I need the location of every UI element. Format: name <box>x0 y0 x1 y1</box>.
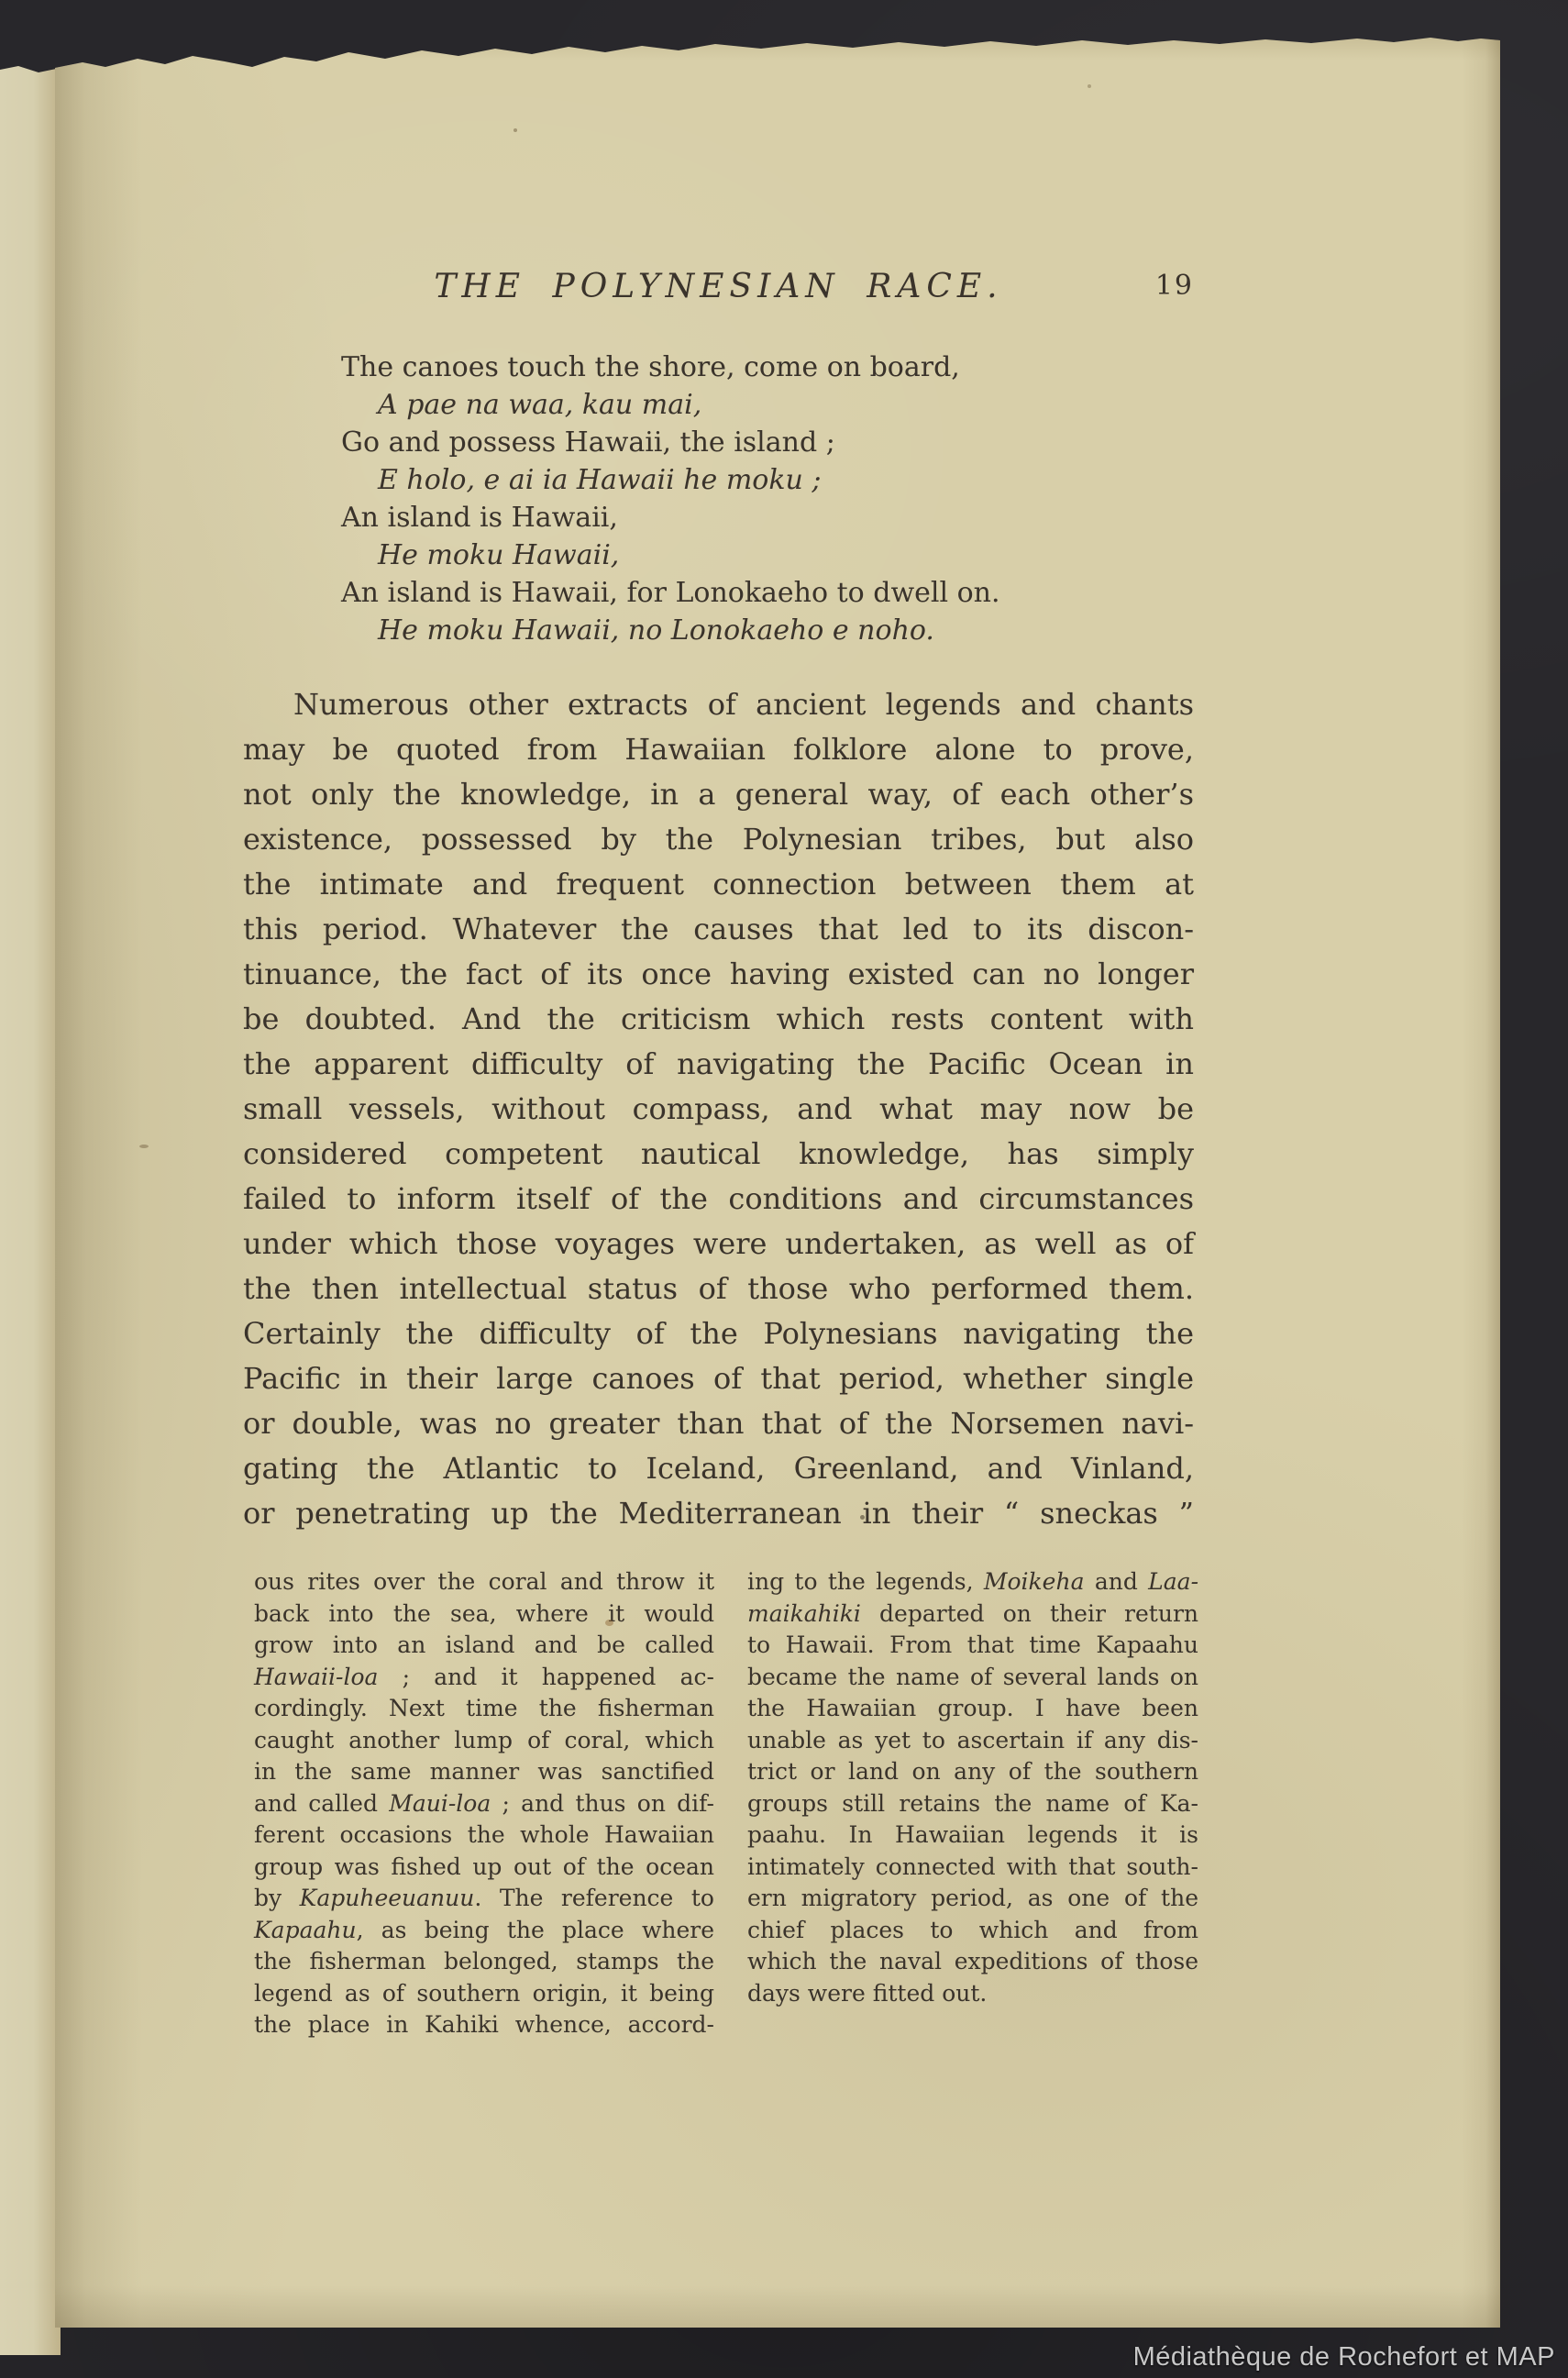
page-number: 19 <box>1155 268 1194 304</box>
poem-line: An island is Hawaii, <box>243 499 1194 536</box>
paragraph-line: the intimate and frequent connection bet… <box>243 862 1194 907</box>
paragraph-line: or penetrating up the Mediterranean in t… <box>243 1491 1194 1536</box>
footnote-line: and called Maui-loa ; and thus on dif- <box>254 1788 714 1820</box>
footnote-line: the Hawaiian group. I have been <box>747 1693 1198 1725</box>
page-header: THE POLYNESIAN RACE. 19 <box>243 266 1194 308</box>
paper-speck <box>139 1145 149 1148</box>
watermark-text: Médiathèque de Rochefort et MAP <box>1133 2342 1555 2372</box>
paragraph-line: not only the knowledge, in a general way… <box>243 772 1194 817</box>
footnote-line: became the name of several lands on <box>747 1662 1198 1694</box>
footnote-line: Kapaahu, as being the place where <box>254 1915 714 1947</box>
paragraph-line: be doubted. And the criticism which rest… <box>243 997 1194 1042</box>
footnote-line: caught another lump of coral, which <box>254 1725 714 1757</box>
footnote-line: in the same manner was sanctified <box>254 1756 714 1788</box>
paragraph-line: this period. Whatever the causes that le… <box>243 907 1194 952</box>
paragraph-line: or double, was no greater than that of t… <box>243 1401 1194 1446</box>
paragraph-line: the apparent difficulty of navigating th… <box>243 1042 1194 1087</box>
footnote-line: trict or land on any of the southern <box>747 1756 1198 1788</box>
footnote-line: paahu. In Hawaiian legends it is <box>747 1819 1198 1852</box>
footnote-line: intimately connected with that south- <box>747 1852 1198 1884</box>
footnote-col-right: ing to the legends, Moikeha and Laa-maik… <box>747 1566 1198 2009</box>
footnote-line: the place in Kahiki whence, accord- <box>254 2009 714 2041</box>
poem-line: He moku Hawaii, no Lonokaeho e noho. <box>243 612 1194 649</box>
paragraph-line: Numerous other extracts of ancient legen… <box>243 682 1194 727</box>
poem-line: An island is Hawaii, for Lonokaeho to dw… <box>243 574 1194 612</box>
footnote-line: ferent occasions the whole Hawaiian <box>254 1819 714 1852</box>
paragraph-block: Numerous other extracts of ancient legen… <box>243 682 1194 1536</box>
paragraph-line: Certainly the difficulty of the Polynesi… <box>243 1311 1194 1356</box>
footnote-line: the fisherman belonged, stamps the <box>254 1946 714 1978</box>
footnote-line: ous rites over the coral and throw it <box>254 1566 714 1598</box>
running-title: THE POLYNESIAN RACE. <box>243 266 1194 308</box>
poem-block: The canoes touch the shore, come on boar… <box>243 348 1194 649</box>
poem-line: He moku Hawaii, <box>243 536 1194 574</box>
poem-line: E holo, e ai ia Hawaii he moku ; <box>243 461 1194 499</box>
footnote-col-left: ous rites over the coral and throw itbac… <box>254 1566 714 2041</box>
paragraph-line: small vessels, without compass, and what… <box>243 1087 1194 1132</box>
paper-speck <box>1088 84 1091 88</box>
footnote-line: group was fished up out of the ocean <box>254 1852 714 1884</box>
footnote-line: legend as of southern origin, it being <box>254 1978 714 2010</box>
book-pages-edge <box>0 64 61 2355</box>
footnote-line: chief places to which and from <box>747 1915 1198 1947</box>
poem-line: Go and possess Hawaii, the island ; <box>243 424 1194 461</box>
paragraph-line: considered competent nautical knowledge,… <box>243 1132 1194 1177</box>
poem-line: A pae na waa, kau mai, <box>243 386 1194 424</box>
paragraph-line: may be quoted from Hawaiian folklore alo… <box>243 727 1194 772</box>
paragraph-line: gating the Atlantic to Iceland, Greenlan… <box>243 1446 1194 1491</box>
footnote-line: cordingly. Next time the fisherman <box>254 1693 714 1725</box>
footnote-line: groups still retains the name of Ka- <box>747 1788 1198 1820</box>
poem-line: The canoes touch the shore, come on boar… <box>243 348 1194 386</box>
footnote-line: days were fitted out. <box>747 1978 1198 2010</box>
footnote-line: which the naval expeditions of those <box>747 1946 1198 1978</box>
book-page: THE POLYNESIAN RACE. 19 The canoes touch… <box>55 37 1500 2328</box>
footnote-line: ing to the legends, Moikeha and Laa- <box>747 1566 1198 1598</box>
paragraph-line: Pacific in their large canoes of that pe… <box>243 1356 1194 1401</box>
footnote-line: Hawaii-loa ; and it happened ac- <box>254 1662 714 1694</box>
paragraph-line: tinuance, the fact of its once having ex… <box>243 952 1194 997</box>
footnote-line: ern migratory period, as one of the <box>747 1883 1198 1915</box>
footnote-line: grow into an island and be called <box>254 1630 714 1662</box>
paragraph-line: the then intellectual status of those wh… <box>243 1266 1194 1311</box>
paper-speck <box>513 128 517 132</box>
footnote-line: maikahiki departed on their return <box>747 1598 1198 1631</box>
footnote-line: back into the sea, where it would <box>254 1598 714 1631</box>
paragraph-line: under which those voyages were undertake… <box>243 1222 1194 1266</box>
footnote-line: unable as yet to ascertain if any dis- <box>747 1725 1198 1757</box>
paragraph-line: failed to inform itself of the condition… <box>243 1177 1194 1222</box>
paragraph-line: existence, possessed by the Polynesian t… <box>243 817 1194 862</box>
footnote-line: to Hawaii. From that time Kapaahu <box>747 1630 1198 1662</box>
footnote-line: by Kapuheeuanuu. The reference to <box>254 1883 714 1915</box>
